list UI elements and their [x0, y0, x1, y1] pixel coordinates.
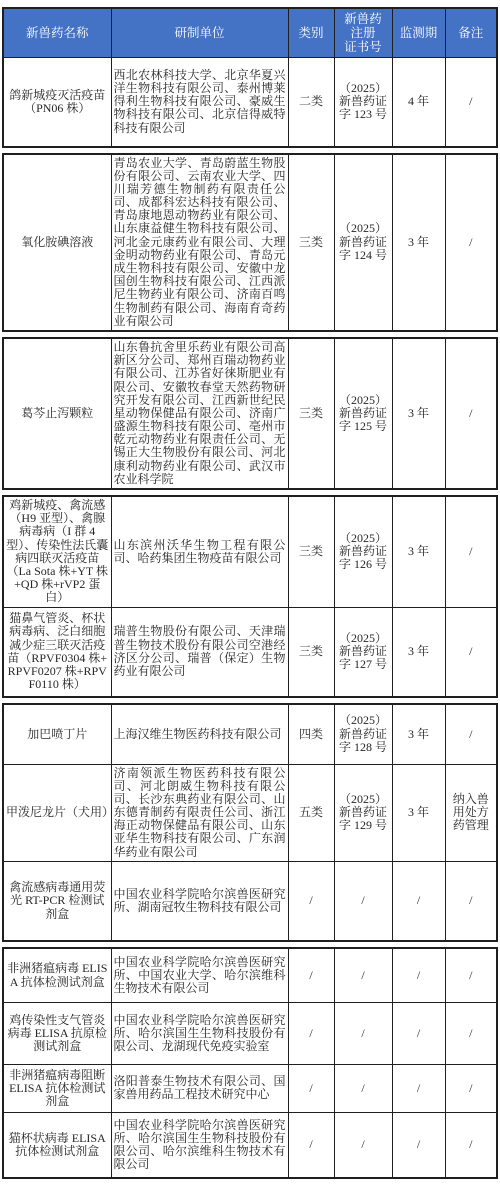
cell-certificate-row-11: /	[334, 1064, 392, 1112]
cell-remark-row-1: /	[445, 58, 497, 147]
table-row-9: 非洲猪瘟病毒 ELISA 抗体检测试剂盒中国农业科学院哈尔滨兽医研究所、中国农业…	[3, 948, 497, 1002]
cell-certificate-row-7: （2025）新兽药证字 129 号	[334, 764, 392, 861]
cell-name-row-4: 鸡新城疫、禽流感（H9 亚型）、禽腺病毒病（I 群 4 型）、传染性法氏囊病四联…	[3, 496, 111, 607]
cell-category-row-9: /	[288, 948, 334, 1002]
table-row-8: 禽流感病毒通用荧光 RT-PCR 检测试剂盒中国农业科学院哈尔滨兽医研究所、湖南…	[3, 861, 497, 941]
table-row-12: 猫杯状病毒 ELISA 抗体检测试剂盒中国农业科学院哈尔滨兽医研究所、哈尔滨国生…	[3, 1112, 497, 1178]
cell-name-row-8: 禽流感病毒通用荧光 RT-PCR 检测试剂盒	[3, 861, 111, 941]
cell-name-row-6: 加巴喷丁片	[3, 704, 111, 764]
table-block-2: 氧化胺碘溶液青岛农业大学、青岛蔚蓝生物股份有限公司、云南农业大学、四川瑞芳德生物…	[2, 153, 498, 332]
cell-certificate-row-10: /	[334, 1002, 392, 1064]
cell-category-row-3: 三类	[288, 338, 334, 489]
cell-name-row-5: 猫鼻气管炎、杯状病毒病、泛白细胞减少症三联灭活疫苗（RPVF0304 株+RPV…	[3, 607, 111, 697]
header-row: 新兽药名称研制单位类别新兽药 注册 证书号监测期备注	[3, 8, 497, 58]
cell-units-row-11: 洛阳普泰生物技术有限公司、国家兽用药品工程技术研究中心	[111, 1064, 288, 1112]
cell-remark-row-10: /	[445, 1002, 497, 1064]
cell-certificate-row-4: （2025）新兽药证字 126 号	[334, 496, 392, 607]
cell-remark-row-3: /	[445, 338, 497, 489]
column-header-monitoring: 监测期	[392, 8, 445, 58]
cell-monitoring-row-6: 3 年	[392, 704, 445, 764]
cell-category-row-2: 三类	[288, 154, 334, 331]
table-row-5: 猫鼻气管炎、杯状病毒病、泛白细胞减少症三联灭活疫苗（RPVF0304 株+RPV…	[3, 607, 497, 697]
cell-remark-row-6: /	[445, 704, 497, 764]
table-block-5: 加巴喷丁片上海汉维生物医药科技有限公司四类（2025）新兽药证字 128 号3 …	[2, 703, 498, 942]
table-row-3: 葛芩止泻颗粒山东鲁抗舍里乐药业有限公司高新区分公司、郑州百瑞动物药业有限公司、江…	[3, 338, 497, 489]
cell-category-row-10: /	[288, 1002, 334, 1064]
cell-certificate-row-8: /	[334, 861, 392, 941]
cell-monitoring-row-9: /	[392, 948, 445, 1002]
cell-category-row-11: /	[288, 1064, 334, 1112]
column-header-remark: 备注	[445, 8, 497, 58]
table-row-10: 鸡传染性支气管炎病毒 ELISA 抗原检测试剂盒中国农业科学院哈尔滨兽医研究所、…	[3, 1002, 497, 1064]
cell-certificate-row-5: （2025）新兽药证字 127 号	[334, 607, 392, 697]
table-row-2: 氧化胺碘溶液青岛农业大学、青岛蔚蓝生物股份有限公司、云南农业大学、四川瑞芳德生物…	[3, 154, 497, 331]
cell-certificate-row-1: （2025）新兽药证字 123 号	[334, 58, 392, 147]
cell-name-row-12: 猫杯状病毒 ELISA 抗体检测试剂盒	[3, 1112, 111, 1178]
cell-remark-row-8: /	[445, 861, 497, 941]
table-row-4: 鸡新城疫、禽流感（H9 亚型）、禽腺病毒病（I 群 4 型）、传染性法氏囊病四联…	[3, 496, 497, 607]
cell-units-row-9: 中国农业科学院哈尔滨兽医研究所、中国农业大学、哈尔滨维科生物技术有限公司	[111, 948, 288, 1002]
cell-certificate-row-9: /	[334, 948, 392, 1002]
cell-remark-row-12: /	[445, 1112, 497, 1178]
cell-certificate-row-12: /	[334, 1112, 392, 1178]
table-block-6: 非洲猪瘟病毒 ELISA 抗体检测试剂盒中国农业科学院哈尔滨兽医研究所、中国农业…	[2, 947, 498, 1179]
cell-monitoring-row-11: /	[392, 1064, 445, 1112]
cell-name-row-2: 氧化胺碘溶液	[3, 154, 111, 331]
cell-units-row-6: 上海汉维生物医药科技有限公司	[111, 704, 288, 764]
column-header-name: 新兽药名称	[3, 8, 111, 58]
cell-monitoring-row-5: 3 年	[392, 607, 445, 697]
cell-certificate-row-2: （2025）新兽药证字 124 号	[334, 154, 392, 331]
cell-name-row-11: 非洲猪瘟病毒阻断 ELISA 抗体检测试剂盒	[3, 1064, 111, 1112]
cell-remark-row-7: 纳入兽用处方药管理	[445, 764, 497, 861]
cell-monitoring-row-7: 3 年	[392, 764, 445, 861]
cell-monitoring-row-4: 3 年	[392, 496, 445, 607]
cell-category-row-4: 三类	[288, 496, 334, 607]
cell-category-row-12: /	[288, 1112, 334, 1178]
cell-remark-row-9: /	[445, 948, 497, 1002]
cell-remark-row-5: /	[445, 607, 497, 697]
cell-units-row-8: 中国农业科学院哈尔滨兽医研究所、湖南冠牧生物科技有限公司	[111, 861, 288, 941]
table-block-1: 新兽药名称研制单位类别新兽药 注册 证书号监测期备注鸽新城疫灭活疫苗（PN06 …	[2, 7, 498, 148]
cell-category-row-5: 三类	[288, 607, 334, 697]
cell-units-row-1: 西北农林科技大学、北京华夏兴洋生物科技有限公司、泰州博莱得利生物科技有限公司、豪…	[111, 58, 288, 147]
column-header-certificate: 新兽药 注册 证书号	[334, 8, 392, 58]
cell-remark-row-2: /	[445, 154, 497, 331]
table-row-6: 加巴喷丁片上海汉维生物医药科技有限公司四类（2025）新兽药证字 128 号3 …	[3, 704, 497, 764]
cell-units-row-5: 瑞普生物股份有限公司、天津瑞普生物技术股份有限公司空港经济区分公司、瑞普（保定）…	[111, 607, 288, 697]
cell-monitoring-row-10: /	[392, 1002, 445, 1064]
cell-units-row-3: 山东鲁抗舍里乐药业有限公司高新区分公司、郑州百瑞动物药业有限公司、江苏省好徕斯肥…	[111, 338, 288, 489]
cell-monitoring-row-2: 3 年	[392, 154, 445, 331]
cell-units-row-7: 济南领派生物医药科技有限公司、河北朗威生物科技有限公司、长沙东典药业有限公司、山…	[111, 764, 288, 861]
cell-name-row-10: 鸡传染性支气管炎病毒 ELISA 抗原检测试剂盒	[3, 1002, 111, 1064]
table-row-11: 非洲猪瘟病毒阻断 ELISA 抗体检测试剂盒洛阳普泰生物技术有限公司、国家兽用药…	[3, 1064, 497, 1112]
cell-name-row-3: 葛芩止泻颗粒	[3, 338, 111, 489]
cell-remark-row-4: /	[445, 496, 497, 607]
cell-monitoring-row-3: 3 年	[392, 338, 445, 489]
cell-category-row-7: 五类	[288, 764, 334, 861]
cell-units-row-4: 山东滨州沃华生物工程有限公司、哈药集团生物疫苗有限公司	[111, 496, 288, 607]
cell-category-row-6: 四类	[288, 704, 334, 764]
cell-units-row-10: 中国农业科学院哈尔滨兽医研究所、哈尔滨国生生物科技股份有限公司、龙湖现代免疫实验…	[111, 1002, 288, 1064]
cell-monitoring-row-8: /	[392, 861, 445, 941]
column-header-units: 研制单位	[111, 8, 288, 58]
cell-name-row-1: 鸽新城疫灭活疫苗（PN06 株）	[3, 58, 111, 147]
veterinary-drug-registration-table: 新兽药名称研制单位类别新兽药 注册 证书号监测期备注鸽新城疫灭活疫苗（PN06 …	[2, 7, 498, 1179]
cell-name-row-7: 甲泼尼龙片（犬用）	[3, 764, 111, 861]
table-row-7: 甲泼尼龙片（犬用）济南领派生物医药科技有限公司、河北朗威生物科技有限公司、长沙东…	[3, 764, 497, 861]
cell-name-row-9: 非洲猪瘟病毒 ELISA 抗体检测试剂盒	[3, 948, 111, 1002]
column-header-category: 类别	[288, 8, 334, 58]
table-row-1: 鸽新城疫灭活疫苗（PN06 株）西北农林科技大学、北京华夏兴洋生物科技有限公司、…	[3, 58, 497, 147]
cell-monitoring-row-1: 4 年	[392, 58, 445, 147]
cell-remark-row-11: /	[445, 1064, 497, 1112]
cell-monitoring-row-12: /	[392, 1112, 445, 1178]
document-page: 新兽药名称研制单位类别新兽药 注册 证书号监测期备注鸽新城疫灭活疫苗（PN06 …	[0, 0, 500, 1195]
cell-units-row-2: 青岛农业大学、青岛蔚蓝生物股份有限公司、云南农业大学、四川瑞芳德生物制药有限责任…	[111, 154, 288, 331]
cell-certificate-row-3: （2025）新兽药证字 125 号	[334, 338, 392, 489]
cell-category-row-8: /	[288, 861, 334, 941]
cell-category-row-1: 二类	[288, 58, 334, 147]
table-block-4: 鸡新城疫、禽流感（H9 亚型）、禽腺病毒病（I 群 4 型）、传染性法氏囊病四联…	[2, 495, 498, 698]
cell-certificate-row-6: （2025）新兽药证字 128 号	[334, 704, 392, 764]
table-block-3: 葛芩止泻颗粒山东鲁抗舍里乐药业有限公司高新区分公司、郑州百瑞动物药业有限公司、江…	[2, 337, 498, 490]
cell-units-row-12: 中国农业科学院哈尔滨兽医研究所、哈尔滨国生生物科技股份有限公司、哈尔滨维科生物技…	[111, 1112, 288, 1178]
